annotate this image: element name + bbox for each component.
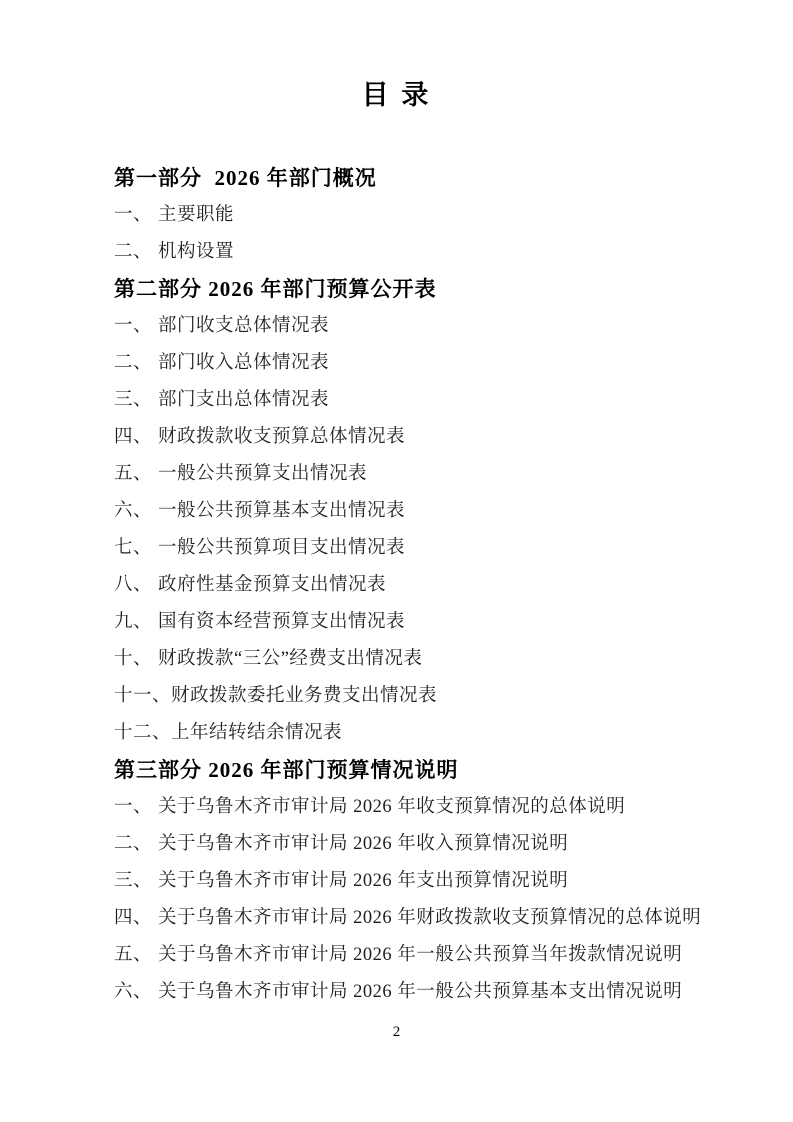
toc-section: 第一部分 2026 年部门概况 一、 主要职能 二、 机构设置: [114, 160, 735, 271]
toc-item: 六、 关于乌鲁木齐市审计局 2026 年一般公共预算基本支出情况说明: [114, 974, 735, 1011]
section-items: 一、 主要职能 二、 机构设置: [114, 197, 735, 271]
toc-item-label: 四、: [114, 419, 158, 456]
toc-item-label: 十一、: [114, 678, 171, 715]
toc-item-label: 十二、: [114, 715, 171, 752]
toc-item: 八、 政府性基金预算支出情况表: [114, 567, 735, 604]
toc-item-text: 机构设置: [158, 234, 234, 271]
toc-item: 五、 关于乌鲁木齐市审计局 2026 年一般公共预算当年拨款情况说明: [114, 937, 735, 974]
toc-item-label: 二、: [114, 826, 158, 863]
toc-item-label: 十、: [114, 641, 158, 678]
toc-item-text: 部门收入总体情况表: [158, 345, 329, 382]
toc-item-label: 四、: [114, 900, 158, 937]
toc-item-text: 国有资本经营预算支出情况表: [158, 604, 405, 641]
toc-item: 二、 关于乌鲁木齐市审计局 2026 年收入预算情况说明: [114, 826, 735, 863]
toc-item-label: 一、: [114, 789, 158, 826]
section-items: 一、 部门收支总体情况表 二、 部门收入总体情况表 三、 部门支出总体情况表 四…: [114, 308, 735, 752]
toc: 第一部分 2026 年部门概况 一、 主要职能 二、 机构设置 第二部分 202…: [114, 160, 735, 1011]
toc-item: 六、 一般公共预算基本支出情况表: [114, 493, 735, 530]
toc-item: 十二、 上年结转结余情况表: [114, 715, 735, 752]
page-number: 2: [0, 1024, 793, 1040]
toc-item-text: 一般公共预算项目支出情况表: [158, 530, 405, 567]
toc-item-label: 一、: [114, 308, 158, 345]
toc-item-label: 二、: [114, 345, 158, 382]
toc-item-text: 关于乌鲁木齐市审计局 2026 年支出预算情况说明: [158, 863, 568, 900]
toc-item-label: 三、: [114, 863, 158, 900]
section-heading: 第二部分 2026 年部门预算公开表: [114, 271, 735, 308]
toc-item-label: 八、: [114, 567, 158, 604]
section-heading: 第三部分 2026 年部门预算情况说明: [114, 752, 735, 789]
toc-item-text: 部门收支总体情况表: [158, 308, 329, 345]
toc-item: 三、 部门支出总体情况表: [114, 382, 735, 419]
toc-item-label: 六、: [114, 974, 158, 1011]
toc-item-text: 财政拨款收支预算总体情况表: [158, 419, 405, 456]
toc-item: 一、 主要职能: [114, 197, 735, 234]
toc-item-text: 财政拨款“三公”经费支出情况表: [158, 641, 422, 678]
toc-item: 一、 关于乌鲁木齐市审计局 2026 年收支预算情况的总体说明: [114, 789, 735, 826]
toc-item: 七、 一般公共预算项目支出情况表: [114, 530, 735, 567]
toc-item-text: 政府性基金预算支出情况表: [158, 567, 386, 604]
toc-item-text: 关于乌鲁木齐市审计局 2026 年财政拨款收支预算情况的总体说明: [158, 900, 701, 937]
toc-item: 四、 关于乌鲁木齐市审计局 2026 年财政拨款收支预算情况的总体说明: [114, 900, 735, 937]
toc-item-label: 二、: [114, 234, 158, 271]
toc-item: 五、 一般公共预算支出情况表: [114, 456, 735, 493]
toc-item-text: 一般公共预算支出情况表: [158, 456, 367, 493]
toc-item: 十、 财政拨款“三公”经费支出情况表: [114, 641, 735, 678]
toc-item-label: 五、: [114, 937, 158, 974]
toc-item-label: 一、: [114, 197, 158, 234]
toc-item-text: 关于乌鲁木齐市审计局 2026 年一般公共预算基本支出情况说明: [158, 974, 682, 1011]
toc-item: 四、 财政拨款收支预算总体情况表: [114, 419, 735, 456]
document-page: 目 录 第一部分 2026 年部门概况 一、 主要职能 二、 机构设置 第二部分…: [0, 0, 793, 1122]
toc-item-label: 五、: [114, 456, 158, 493]
toc-item: 二、 机构设置: [114, 234, 735, 271]
toc-item-label: 七、: [114, 530, 158, 567]
toc-section: 第二部分 2026 年部门预算公开表 一、 部门收支总体情况表 二、 部门收入总…: [114, 271, 735, 752]
toc-item-text: 关于乌鲁木齐市审计局 2026 年一般公共预算当年拨款情况说明: [158, 937, 682, 974]
toc-item-text: 部门支出总体情况表: [158, 382, 329, 419]
toc-item-text: 一般公共预算基本支出情况表: [158, 493, 405, 530]
toc-item-text: 关于乌鲁木齐市审计局 2026 年收支预算情况的总体说明: [158, 789, 625, 826]
toc-item-text: 上年结转结余情况表: [171, 715, 342, 752]
toc-item-label: 六、: [114, 493, 158, 530]
toc-item: 二、 部门收入总体情况表: [114, 345, 735, 382]
toc-item-text: 财政拨款委托业务费支出情况表: [171, 678, 437, 715]
toc-item-text: 主要职能: [158, 197, 234, 234]
page-title: 目 录: [0, 80, 793, 110]
toc-item-label: 三、: [114, 382, 158, 419]
toc-item-label: 九、: [114, 604, 158, 641]
toc-item-text: 关于乌鲁木齐市审计局 2026 年收入预算情况说明: [158, 826, 568, 863]
section-heading: 第一部分 2026 年部门概况: [114, 160, 735, 197]
toc-item: 九、 国有资本经营预算支出情况表: [114, 604, 735, 641]
toc-item: 一、 部门收支总体情况表: [114, 308, 735, 345]
toc-item: 三、 关于乌鲁木齐市审计局 2026 年支出预算情况说明: [114, 863, 735, 900]
toc-item: 十一、 财政拨款委托业务费支出情况表: [114, 678, 735, 715]
section-items: 一、 关于乌鲁木齐市审计局 2026 年收支预算情况的总体说明 二、 关于乌鲁木…: [114, 789, 735, 1011]
toc-section: 第三部分 2026 年部门预算情况说明 一、 关于乌鲁木齐市审计局 2026 年…: [114, 752, 735, 1011]
